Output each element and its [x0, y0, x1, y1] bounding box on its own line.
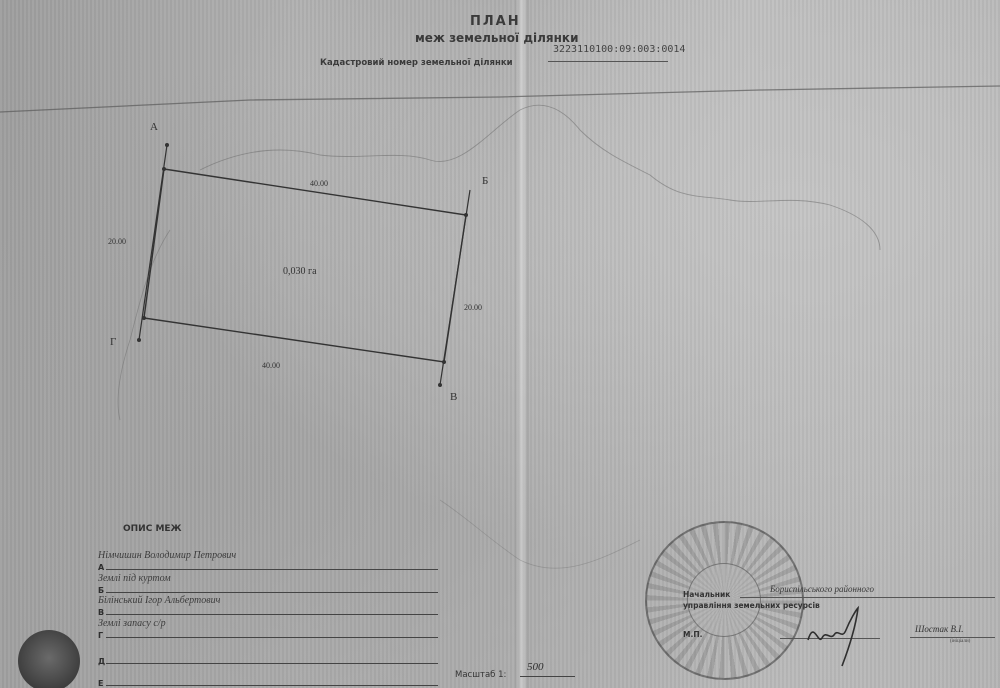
- boundary-letter: В: [98, 608, 104, 617]
- signer-caption: (ініціали): [950, 639, 970, 644]
- boundary-neighbor: Німчишин Володимир Петрович: [98, 550, 236, 561]
- scale-underline: [520, 676, 575, 677]
- boundary-row: Землі запасу с/р Г: [98, 618, 438, 640]
- organization-underline: [740, 597, 995, 598]
- head-label: Начальник: [683, 590, 730, 599]
- boundary-letter: Г: [98, 631, 103, 640]
- boundary-underline: [106, 614, 438, 615]
- boundary-neighbor: Землі запасу с/р: [98, 618, 166, 629]
- boundary-underline: [106, 637, 438, 638]
- cadastral-underline: [548, 61, 668, 62]
- boundary-row: Німчишин Володимир Петрович А: [98, 550, 438, 572]
- boundary-neighbor: Землі під куртом: [98, 573, 171, 584]
- boundary-underline: [106, 685, 438, 686]
- boundary-row: Д: [98, 644, 438, 666]
- boundary-underline: [106, 663, 438, 664]
- signer-name: Шостак В.І.: [915, 624, 963, 634]
- scale-label: Масштаб 1:: [455, 670, 506, 680]
- ink-blot-seal: [18, 630, 80, 688]
- boundary-letter: А: [98, 563, 104, 572]
- document-title: ПЛАН: [470, 14, 521, 29]
- boundary-letter: Б: [98, 586, 104, 595]
- signer-underline: [910, 637, 995, 638]
- scale-value: 500: [527, 661, 544, 673]
- signature-scribble: [800, 600, 870, 670]
- boundary-description-title: ОПИС МЕЖ: [123, 524, 182, 534]
- paper-fold: [515, 0, 529, 688]
- boundary-letter: Е: [98, 679, 103, 688]
- document-subtitle: меж земельної ділянки: [415, 31, 578, 45]
- organization-name: Бориспільського районного: [770, 584, 874, 594]
- boundary-underline: [106, 569, 438, 570]
- boundary-underline: [106, 592, 438, 593]
- cadastral-label: Кадастровий номер земельної ділянки: [320, 58, 513, 68]
- cadastral-number: 3223110100:09:003:0014: [553, 44, 685, 55]
- boundary-letter: Д: [98, 657, 105, 666]
- mp-label: М.П.: [683, 630, 702, 639]
- boundary-row: Е: [98, 666, 438, 688]
- boundary-row: Бiлiнський Iгор Альбертович В: [98, 595, 438, 617]
- boundary-row: Землі під куртом Б: [98, 573, 438, 595]
- boundary-neighbor: Бiлiнський Iгор Альбертович: [98, 595, 220, 606]
